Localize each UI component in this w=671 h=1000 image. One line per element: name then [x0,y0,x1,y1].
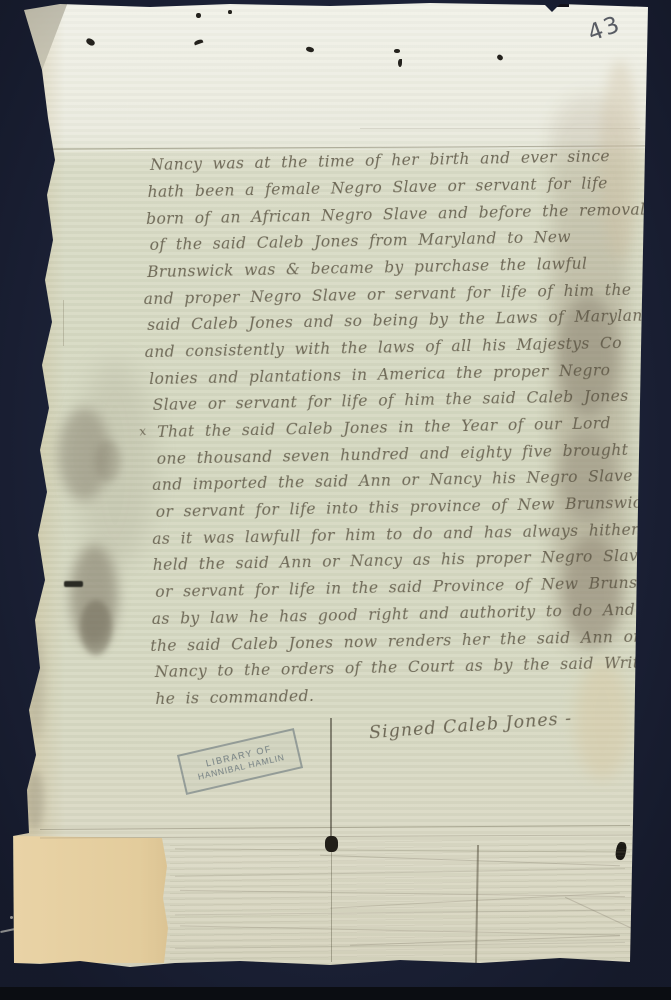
manuscript-line: said Caleb Jones and so being by the Law… [147,306,653,334]
manuscript-line: Nancy to the orders of the Court as by t… [155,654,640,681]
crack-ink-blob [325,836,338,852]
ink-speck [398,59,402,67]
manuscript-line: the said Caleb Jones now renders her the… [150,628,641,655]
vertical-crack [331,852,332,962]
tan-paper-patch [14,836,174,963]
manuscript-line: of the said Caleb Jones from Maryland to… [149,228,571,254]
top-edge-notch [549,0,569,7]
manuscript-line: That the said Caleb Jones in the Year of… [157,414,611,441]
edge-smudge [26,190,44,280]
manuscript-line: born of an African Negro Slave and befor… [146,200,646,228]
ink-speck [196,13,201,18]
manuscript-line: and proper Negro Slave or servant for li… [143,281,631,308]
ink-speck [394,49,400,53]
manuscript-line: and consistently with the laws of all hi… [145,334,623,361]
manuscript-line: held the said Ann or Nancy as his proper… [153,547,648,575]
manuscript-line: as it was lawfull for him to do and has … [152,520,655,548]
vertical-crack [330,718,332,840]
manuscript-line: one thousand seven hundred and eighty fi… [157,441,629,468]
photo-bottom-edge [0,987,671,1000]
photo-stage: Nancy was at the time of her birth and e… [0,0,671,1000]
signature-line: Signed Caleb Jones - [368,709,572,743]
manuscript-line: Nancy was at the time of her birth and e… [150,147,610,174]
manuscript-line: or servant for life into this province o… [156,493,652,521]
manuscript-line: and imported the said Ann or Nancy his N… [152,467,633,494]
manuscript-line: hath been a female Negro Slave or servan… [147,174,607,201]
manuscript-line: he is commanded. [155,687,314,708]
margin-mark: x [138,424,147,439]
manuscript-line: Brunswick was & became by purchase the l… [147,255,587,281]
manuscript-paper: Nancy was at the time of her birth and e… [0,0,671,1000]
manuscript-line: or servant for life in the said Province… [155,573,651,601]
ink-speck [228,10,232,14]
manuscript-line: lonies and plantations in America the pr… [149,361,611,388]
manuscript-line: as by law he has good right and authorit… [152,601,636,628]
backing-speck [10,916,13,919]
manuscript-line: Slave or servant for life of him the sai… [153,387,629,414]
